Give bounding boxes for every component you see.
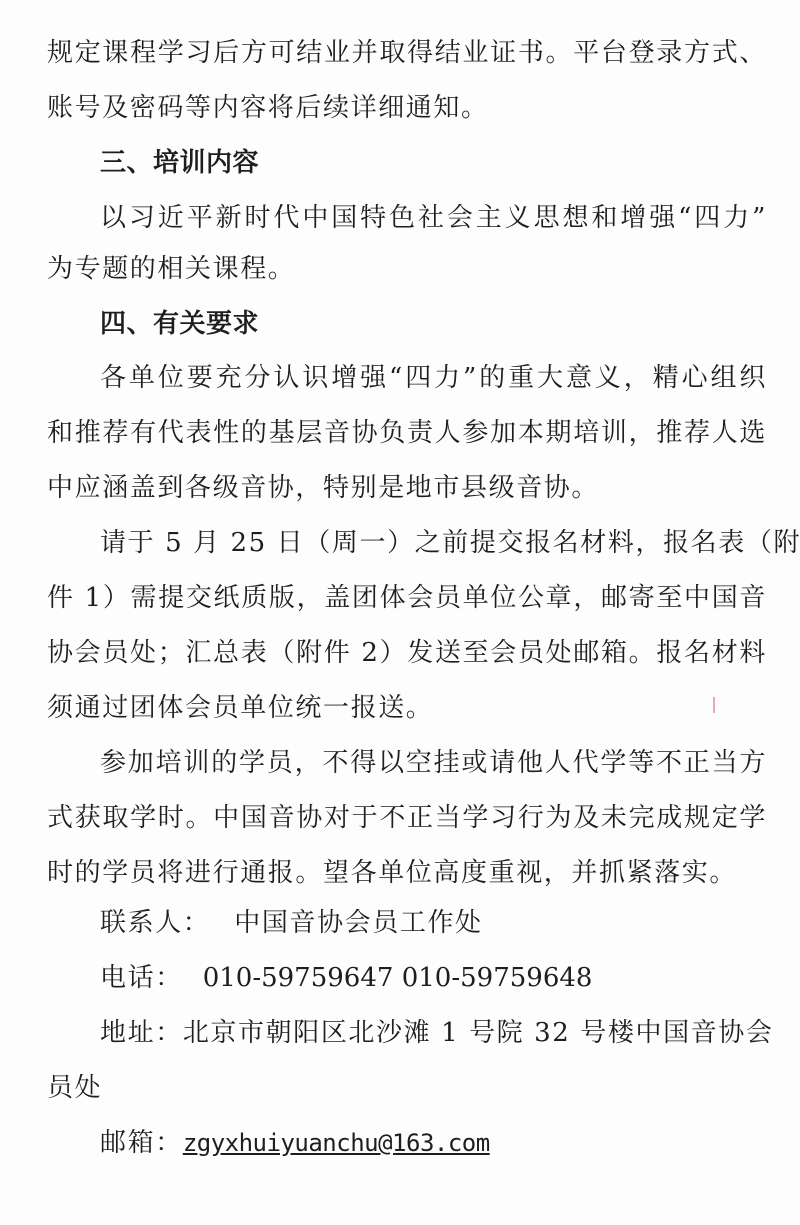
- contact-person-value: 中国音协会员工作处: [234, 908, 482, 938]
- body-text-line: 参加培训的学员，不得以空挂或请他人代学等不正当方: [100, 747, 767, 779]
- body-text-line: 协会员处；汇总表（附件 2）发送至会员处邮箱。报名材料: [47, 637, 767, 669]
- email-link[interactable]: zgyxhuiyuanchu@163.com: [183, 1129, 490, 1157]
- address-row: 地址：北京市朝阳区北沙滩 1 号院 32 号楼中国音协会: [100, 1017, 767, 1049]
- body-text-line: 规定课程学习后方可结业并取得结业证书。平台登录方式、: [47, 37, 767, 69]
- address-continuation: 员处: [47, 1072, 767, 1104]
- address-value: 北京市朝阳区北沙滩 1 号院 32 号楼中国音协会: [183, 1018, 774, 1048]
- email-label: 邮箱：: [100, 1128, 183, 1158]
- contact-person-label: 联系人：: [100, 908, 210, 938]
- section-heading-training-content: 三、培训内容: [100, 147, 767, 179]
- body-text-line: 时的学员将进行通报。望各单位高度重视，并抓紧落实。: [47, 857, 767, 889]
- phone-value: 010-59759647 010-59759648: [203, 963, 593, 993]
- body-text-line: 以习近平新时代中国特色社会主义思想和增强“四力”: [100, 202, 767, 234]
- phone-label: 电话：: [100, 963, 183, 993]
- phone-row: 电话： 010-59759647 010-59759648: [100, 962, 767, 994]
- body-text-line: 请于 5 月 25 日（周一）之前提交报名材料，报名表（附: [100, 527, 767, 559]
- body-text-line: 式获取学时。中国音协对于不正当学习行为及未完成规定学: [47, 802, 767, 834]
- ink-mark: [713, 697, 715, 713]
- body-text-line: 件 1）需提交纸质版，盖团体会员单位公章，邮寄至中国音: [47, 582, 767, 614]
- body-text-line: 各单位要充分认识增强“四力”的重大意义，精心组织: [100, 362, 767, 394]
- section-heading-requirements: 四、有关要求: [100, 308, 767, 340]
- address-label: 地址：: [100, 1018, 183, 1048]
- body-text-line: 账号及密码等内容将后续详细通知。: [47, 92, 767, 124]
- body-text-line: 和推荐有代表性的基层音协负责人参加本期培训，推荐人选: [47, 417, 767, 449]
- contact-person-row: 联系人： 中国音协会员工作处: [100, 907, 767, 939]
- body-text-line: 须通过团体会员单位统一报送。: [47, 692, 767, 724]
- email-row: 邮箱：zgyxhuiyuanchu@163.com: [100, 1127, 767, 1159]
- body-text-line: 为专题的相关课程。: [47, 253, 767, 285]
- body-text-line: 中应涵盖到各级音协，特别是地市县级音协。: [47, 472, 767, 504]
